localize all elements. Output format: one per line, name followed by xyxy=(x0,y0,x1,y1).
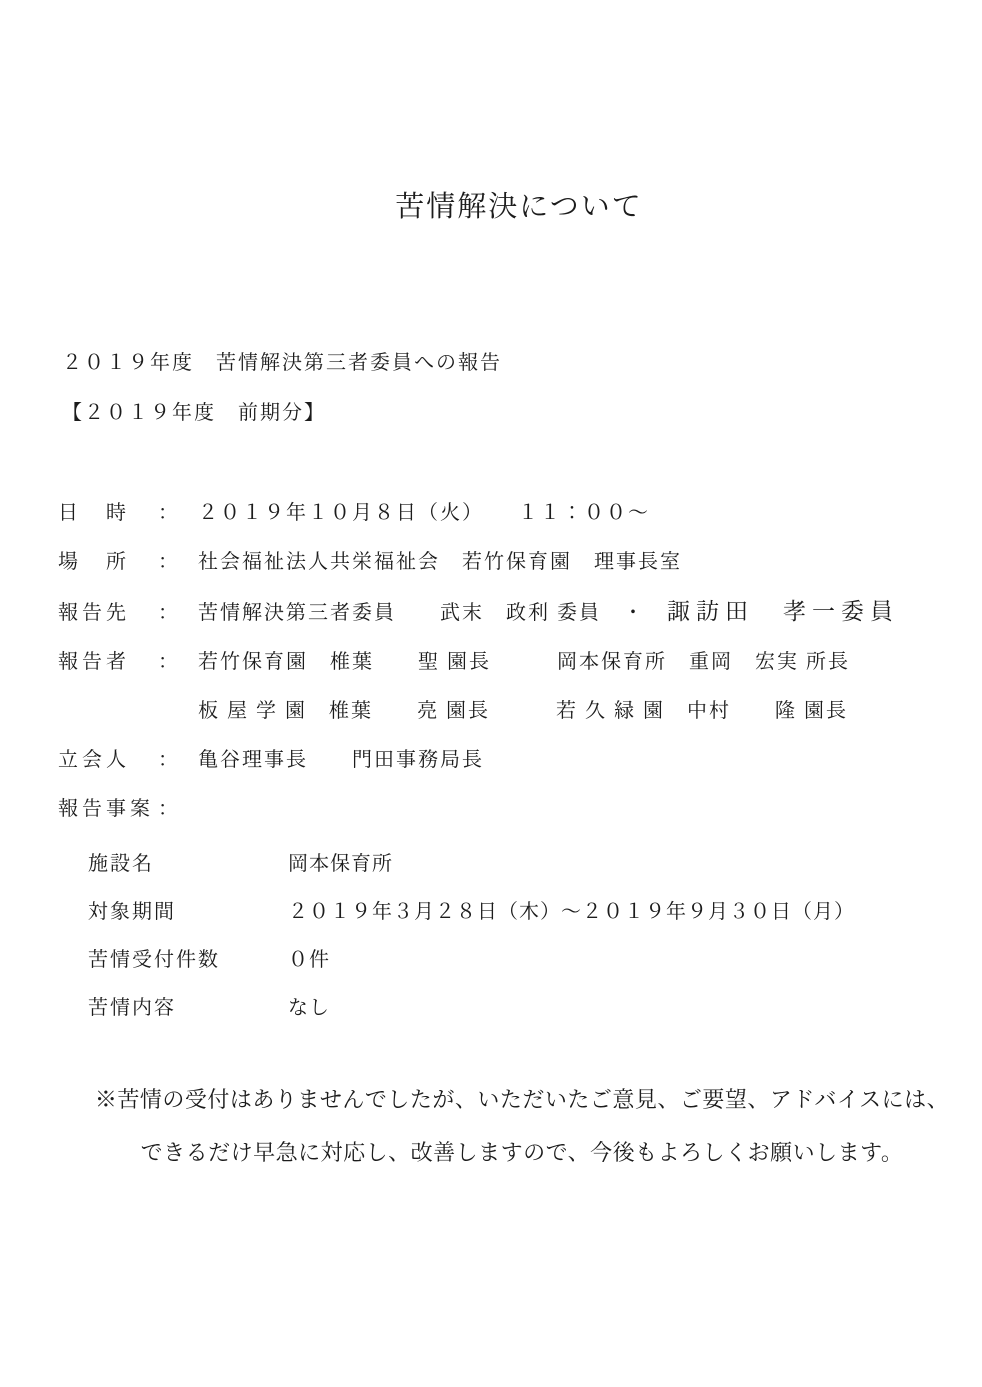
meta-row-report-to: 報告先 ： 苦情解決第三者委員 武末 政利 委員 ・ 諏訪田 孝一委員 xyxy=(58,587,982,638)
detail-row-complaint-count: 苦情受付件数 ０件 xyxy=(88,936,982,984)
detail-row-facility-name: 施設名 岡本保育所 xyxy=(88,840,982,888)
detail-label-complaint-count: 苦情受付件数 xyxy=(88,936,288,984)
meta-value-datetime: ２０１９年１０月８日（火） １１：００～ xyxy=(198,489,650,538)
meta-row-datetime: 日 時 ： ２０１９年１０月８日（火） １１：００～ xyxy=(58,489,982,538)
meta-value-reporters-1: 若竹保育園 椎葉 聖 園長 岡本保育所 重岡 宏実 所長 xyxy=(198,638,850,687)
report-period-line: 【２０１９年度 前期分】 xyxy=(62,388,982,438)
report-heading-line: ２０１９年度 苦情解決第三者委員への報告 xyxy=(62,338,982,388)
detail-row-target-period: 対象期間 ２０１９年３月２８日（木）～２０１９年９月３０日（月） xyxy=(88,888,982,936)
closing-note: ※苦情の受付はありませんでしたが、いただいたご意見、ご要望、アドバイスには、 で… xyxy=(0,1073,982,1179)
meta-label-report-to: 報告先 xyxy=(58,589,158,638)
detail-label-facility-name: 施設名 xyxy=(88,840,288,888)
meta-label-observers: 立会人 xyxy=(58,736,158,785)
detail-value-complaint-content: なし xyxy=(288,984,330,1032)
colon-separator: ： xyxy=(158,589,198,638)
report-heading-block: ２０１９年度 苦情解決第三者委員への報告 【２０１９年度 前期分】 xyxy=(0,338,982,438)
meta-row-place: 場 所 ： 社会福祉法人共栄福祉会 若竹保育園 理事長室 xyxy=(58,538,982,587)
meta-label-place: 場 所 xyxy=(58,538,158,587)
meta-label-reporters: 報告者 xyxy=(58,638,158,687)
committee-members-text: 苦情解決第三者委員 武末 政利 委員 ・ xyxy=(198,602,667,624)
meta-value-reporters-2: 板 屋 学 園 椎葉 亮 園長 若 久 緑 園 中村 隆 園長 xyxy=(198,687,848,736)
closing-note-line-2: できるだけ早急に対応し、改善しますので、今後もよろしくお願いします。 xyxy=(62,1126,982,1179)
detail-value-facility-name: 岡本保育所 xyxy=(288,840,393,888)
detail-value-complaint-count: ０件 xyxy=(288,936,330,984)
colon-separator: ： xyxy=(158,489,198,538)
document-page: 苦情解決について ２０１９年度 苦情解決第三者委員への報告 【２０１９年度 前期… xyxy=(0,0,982,1387)
meta-row-observers: 立会人 ： 亀谷理事長 門田事務局長 xyxy=(58,736,982,785)
meeting-info-list: 日 時 ： ２０１９年１０月８日（火） １１：００～ 場 所 ： 社会福祉法人共… xyxy=(0,489,982,834)
meta-value-place: 社会福祉法人共栄福祉会 若竹保育園 理事長室 xyxy=(198,538,682,587)
colon-separator: ： xyxy=(158,736,198,785)
meta-value-observers: 亀谷理事長 門田事務局長 xyxy=(198,736,484,785)
meta-label-datetime: 日 時 xyxy=(58,489,158,538)
colon-separator: ： xyxy=(158,538,198,587)
colon-separator: ： xyxy=(158,638,198,687)
closing-note-line-1: ※苦情の受付はありませんでしたが、いただいたご意見、ご要望、アドバイスには、 xyxy=(62,1073,982,1126)
page-title: 苦情解決について xyxy=(0,190,982,224)
meta-row-report-case: 報告事案 ： xyxy=(58,785,982,834)
meta-row-reporters-2: 板 屋 学 園 椎葉 亮 園長 若 久 緑 園 中村 隆 園長 xyxy=(58,687,982,736)
committee-member-emphasized: 諏訪田 孝一委員 xyxy=(667,599,899,624)
detail-row-complaint-content: 苦情内容 なし xyxy=(88,984,982,1032)
detail-label-target-period: 対象期間 xyxy=(88,888,288,936)
facility-detail-list: 施設名 岡本保育所 対象期間 ２０１９年３月２８日（木）～２０１９年９月３０日（… xyxy=(0,840,982,1032)
detail-label-complaint-content: 苦情内容 xyxy=(88,984,288,1032)
detail-value-target-period: ２０１９年３月２８日（木）～２０１９年９月３０日（月） xyxy=(288,888,855,936)
meta-label-report-case: 報告事案 xyxy=(58,785,158,834)
meta-row-reporters-1: 報告者 ： 若竹保育園 椎葉 聖 園長 岡本保育所 重岡 宏実 所長 xyxy=(58,638,982,687)
meta-value-report-to: 苦情解決第三者委員 武末 政利 委員 ・ 諏訪田 孝一委員 xyxy=(198,587,899,638)
colon-separator: ： xyxy=(158,785,198,834)
